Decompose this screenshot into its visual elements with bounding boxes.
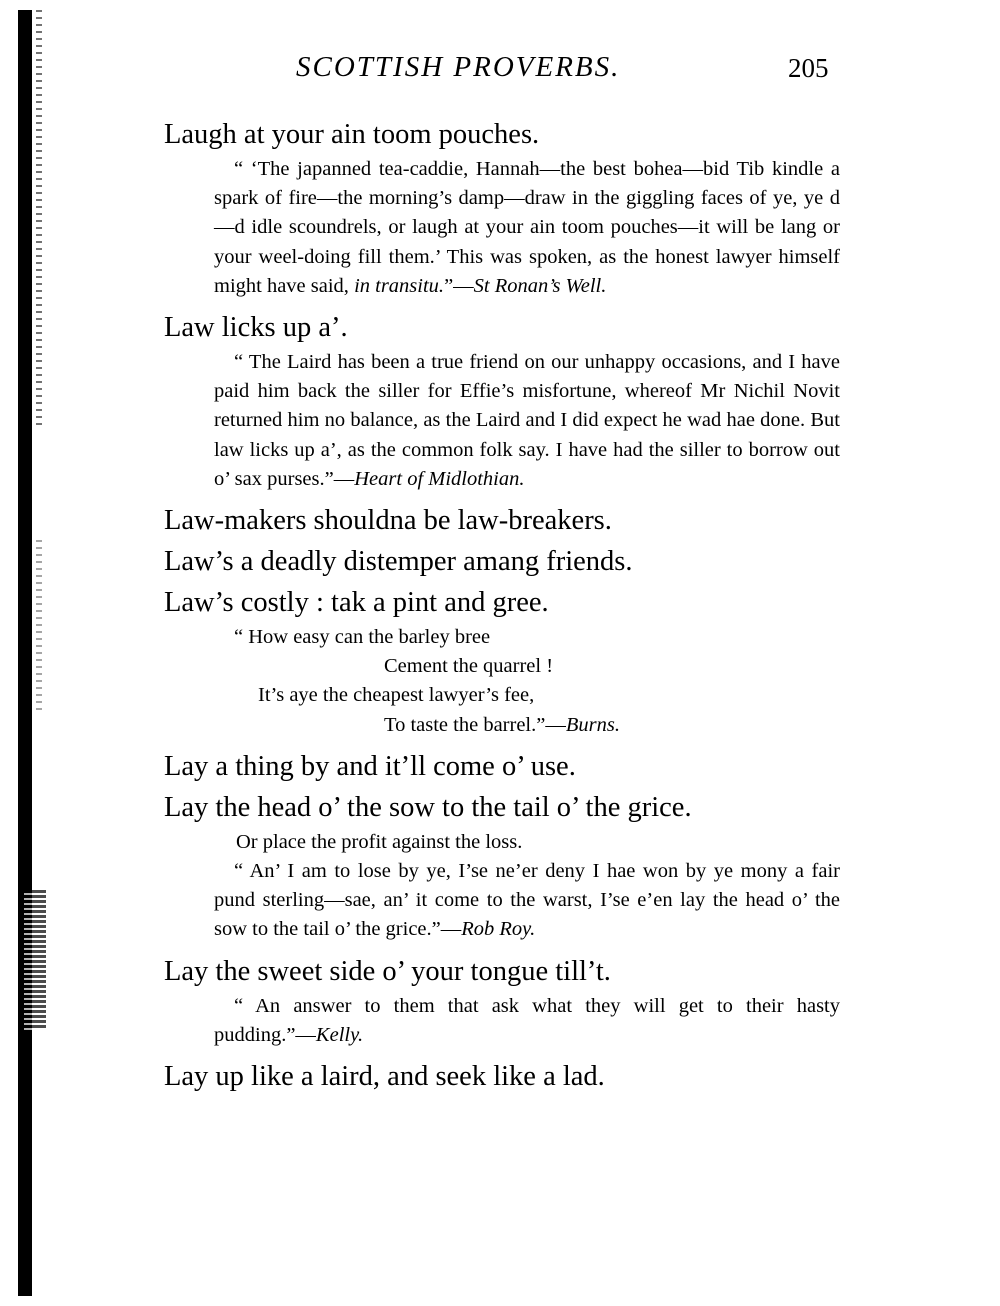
- page-body: Laugh at your ain toom pouches. “ ‘The j…: [164, 114, 840, 1097]
- verse-line: Cement the quarrel !: [234, 652, 840, 681]
- binding-shadow-specks: [36, 10, 42, 430]
- quotation-italic-phrase: in transitu.: [354, 275, 444, 297]
- proverb-heading: Lay up like a laird, and seek like a lad…: [164, 1056, 840, 1097]
- verse-source: Burns.: [566, 714, 620, 736]
- proverb-heading: Law-makers shouldna be law-breakers.: [164, 500, 840, 541]
- proverb-quotation: “ ‘The japanned tea-caddie, Hannah—the b…: [214, 155, 840, 301]
- proverb-quotation: “ An’ I am to lose by ye, I’se ne’er den…: [214, 857, 840, 945]
- running-title: SCOTTISH PROVERBS.: [296, 51, 620, 84]
- proverb-quotation: “ An answer to them that ask what they w…: [214, 992, 840, 1050]
- page-header: SCOTTISH PROVERBS. 205: [296, 51, 846, 91]
- verse-line: “ How easy can the barley bree: [234, 623, 840, 652]
- proverb-heading: Laugh at your ain toom pouches.: [164, 114, 840, 155]
- binding-tear: [24, 890, 46, 1030]
- proverb-heading: Lay the head o’ the sow to the tail o’ t…: [164, 787, 840, 828]
- binding-shadow-specks: [36, 540, 42, 710]
- quotation-text: “ The Laird has been a true friend on ou…: [214, 351, 840, 490]
- proverb-heading: Law licks up a’.: [164, 307, 840, 348]
- page-number: 205: [788, 53, 829, 84]
- verse-line-text: To taste the barrel.”—: [384, 714, 566, 736]
- quotation-close: ”—: [444, 275, 474, 297]
- verse-line: To taste the barrel.”—Burns.: [234, 711, 840, 740]
- proverb-verse: “ How easy can the barley bree Cement th…: [234, 623, 840, 740]
- proverb-explanation: Or place the profit against the loss.: [236, 828, 840, 857]
- proverb-heading: Law’s costly : tak a pint and gree.: [164, 582, 840, 623]
- quotation-text: “ An answer to them that ask what they w…: [214, 995, 840, 1046]
- book-binding-edge: [18, 10, 32, 1296]
- quotation-source: St Ronan’s Well.: [474, 275, 607, 297]
- quotation-source: Rob Roy.: [461, 918, 535, 940]
- quotation-source: Kelly.: [316, 1024, 363, 1046]
- proverb-heading: Law’s a deadly distemper amang friends.: [164, 541, 840, 582]
- proverb-quotation: “ The Laird has been a true friend on ou…: [214, 348, 840, 494]
- verse-line: It’s aye the cheapest lawyer’s fee,: [234, 681, 840, 710]
- proverb-heading: Lay a thing by and it’ll come o’ use.: [164, 746, 840, 787]
- quotation-source: Heart of Midlothian.: [354, 468, 524, 490]
- proverb-heading: Lay the sweet side o’ your tongue till’t…: [164, 951, 840, 992]
